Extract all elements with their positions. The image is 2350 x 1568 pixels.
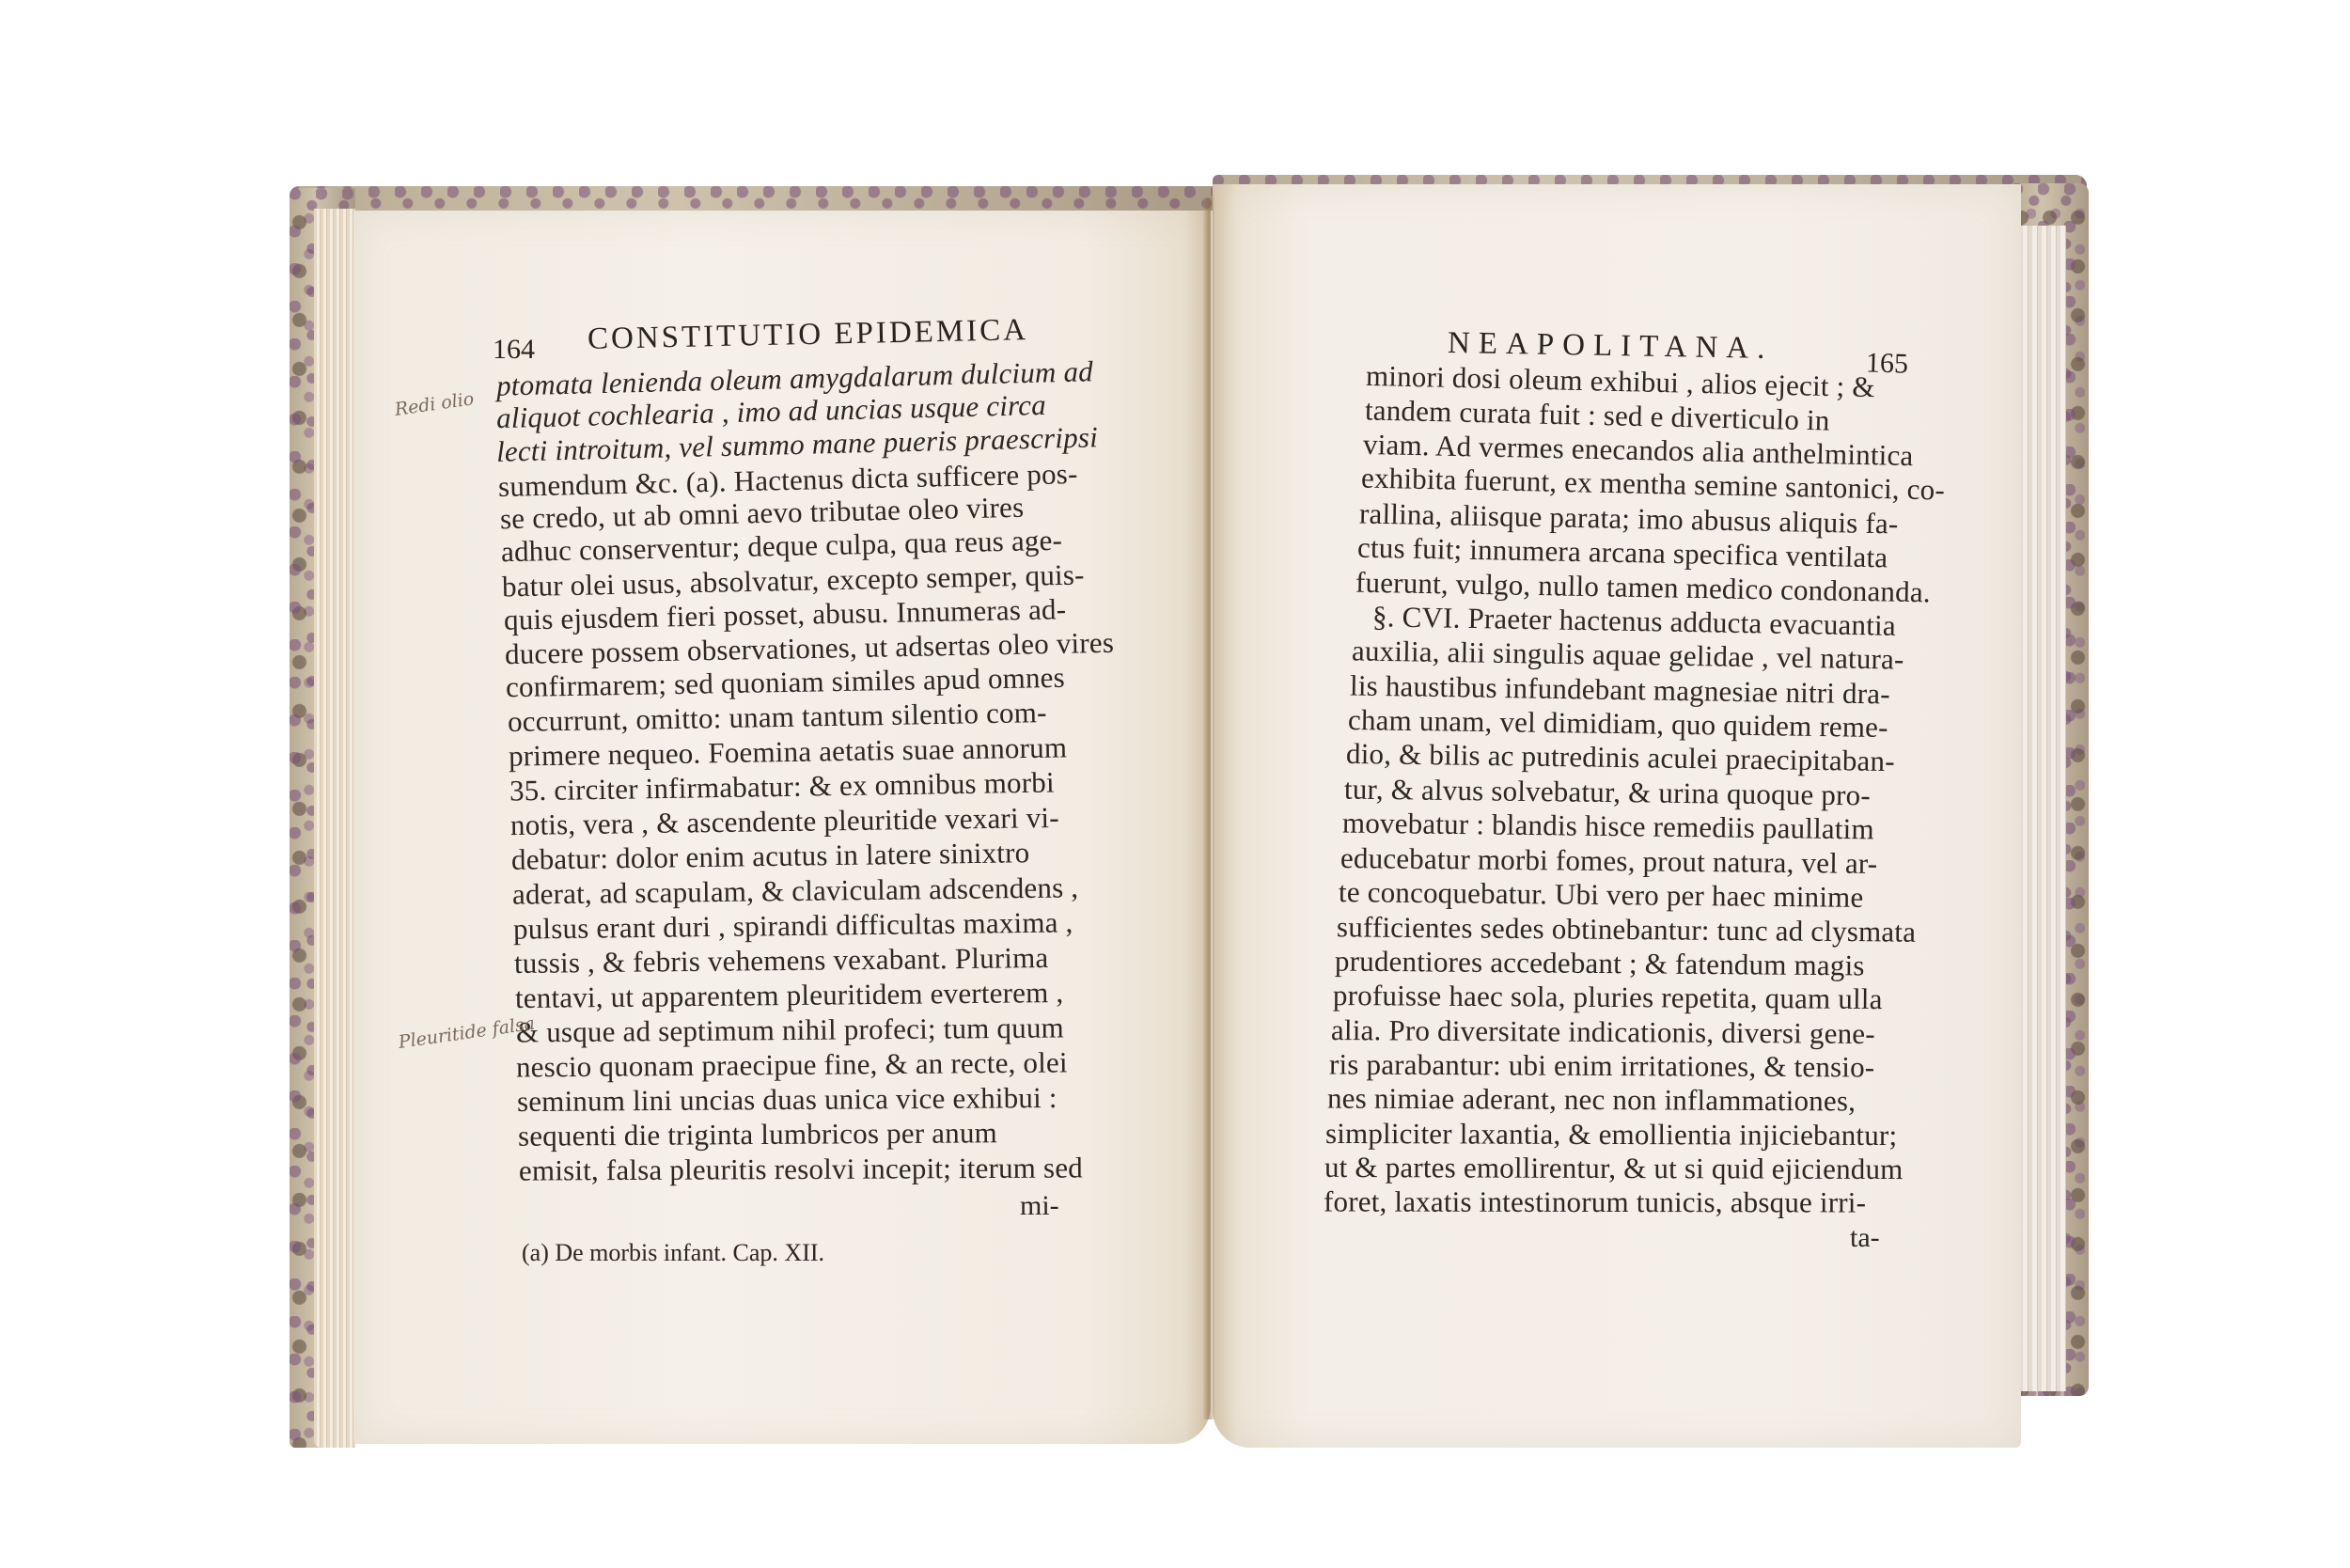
left-catchword: mi- <box>1020 1190 1059 1222</box>
open-book: 164 CONSTITUTIO EPIDEMICA ptomata lenien… <box>0 0 2350 1568</box>
text-line: prudentiores accedebant ; & fatendum mag… <box>1335 945 1865 983</box>
text-line: aderat, ad scapulam, & claviculam adscen… <box>512 870 1079 911</box>
text-line: tentavi, ut apparentem pleuritidem evert… <box>515 976 1064 1015</box>
page-stack-left <box>314 209 355 1448</box>
left-footnote: (a) De morbis infant. Cap. XII. <box>522 1239 824 1267</box>
right-catchword: ta- <box>1850 1222 1880 1254</box>
text-line: movebatur : blandis hisce remediis paull… <box>1342 807 1874 847</box>
text-line: simpliciter laxantia, & emollientia inji… <box>1325 1117 1897 1152</box>
text-line: emisit, falsa pleuritis resolvi incepit;… <box>519 1151 1083 1187</box>
gutter <box>1203 197 1214 1419</box>
text-line: & usque ad septimum nihil profeci; tum q… <box>516 1011 1064 1049</box>
text-line: foret, laxatis intestinorum tunicis, abs… <box>1324 1184 1866 1219</box>
cover-top-edge-left <box>290 186 1220 211</box>
text-line: profuisse haec sola, pluries repetita, q… <box>1333 979 1883 1016</box>
text-line: nes nimiae aderant, nec non inflammation… <box>1327 1082 1856 1119</box>
page-stack-right <box>2019 226 2066 1391</box>
text-line: pulsus erant duri , spirandi difficultas… <box>513 905 1073 946</box>
text-line: ut & partes emollirentur, & ut si quid e… <box>1324 1151 1903 1186</box>
text-line: nescio quonam praecipue fine, & an recte… <box>516 1045 1068 1084</box>
text-line: ris parabantur: ubi enim irritationes, &… <box>1329 1047 1875 1084</box>
text-line: seminum lini uncias duas unica vice exhi… <box>517 1081 1057 1119</box>
text-line: educebatur morbi fomes, prout natura, ve… <box>1340 841 1878 881</box>
left-page-number: 164 <box>493 334 535 366</box>
text-line: tussis , & febris vehemens vexabant. Plu… <box>514 941 1049 980</box>
text-line: debatur: dolor enim acutus in latere sin… <box>511 836 1030 877</box>
text-line: sequenti die triginta lumbricos per anum <box>518 1116 997 1153</box>
text-line: te concoquebatur. Ubi vero per haec mini… <box>1339 875 1864 915</box>
right-running-head: NEAPOLITANA. <box>1448 326 1774 367</box>
text-line: sufficientes sedes obtinebantur: tunc ad… <box>1337 910 1916 949</box>
text-line: alia. Pro diversitate indicationis, dive… <box>1331 1013 1875 1051</box>
